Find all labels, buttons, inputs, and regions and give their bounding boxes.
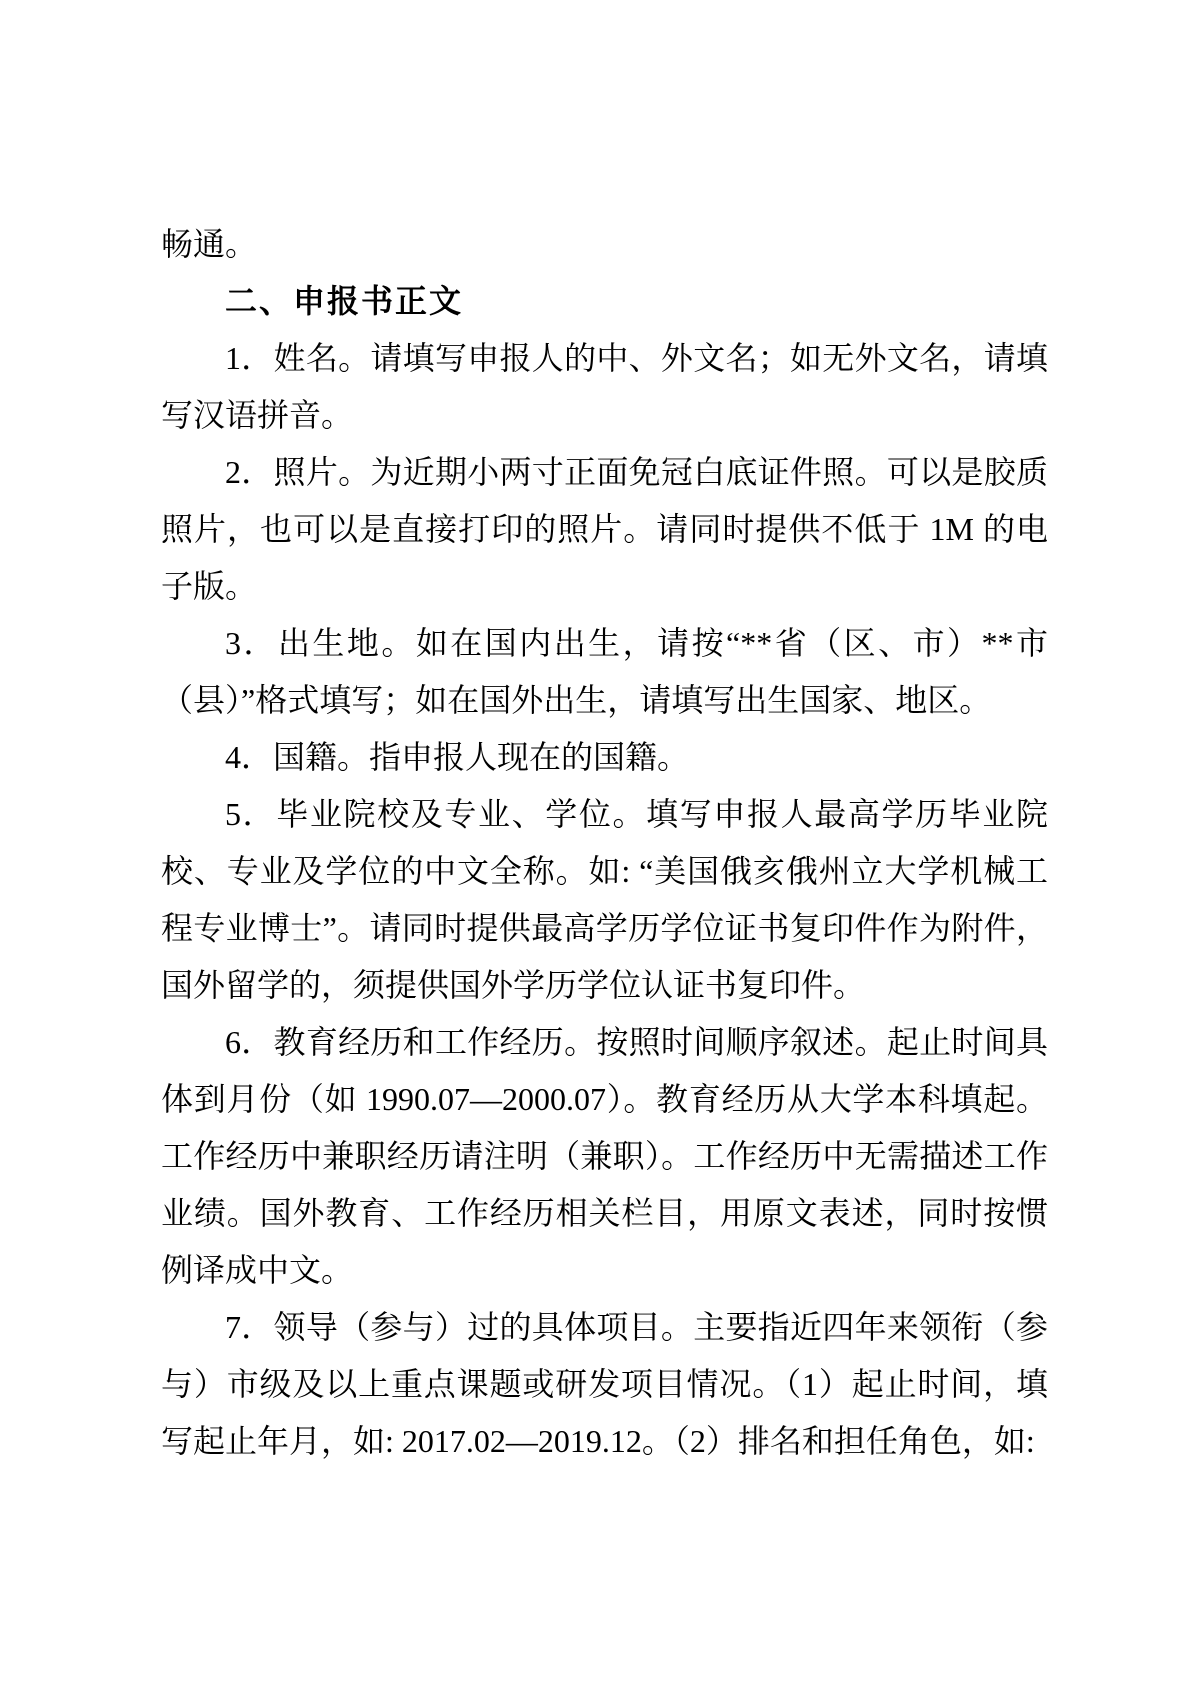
paragraph-item-2-photo: 2．照片。为近期小两寸正面免冠白底证件照。可以是胶质照片，也可以是直接打印的照片… (161, 444, 1048, 615)
paragraph-item-7-projects: 7．领导（参与）过的具体项目。主要指近四年来领衔（参与）市级及以上重点课题或研发… (161, 1299, 1048, 1470)
paragraph-item-1-name: 1．姓名。请填写申报人的中、外文名；如无外文名，请填写汉语拼音。 (161, 330, 1048, 444)
paragraph-item-4-nationality: 4．国籍。指申报人现在的国籍。 (161, 729, 1048, 786)
paragraph-continuation: 畅通。 (161, 216, 1048, 273)
paragraph-item-6-experience: 6．教育经历和工作经历。按照时间顺序叙述。起止时间具体到月份（如 1990.07… (161, 1014, 1048, 1299)
document-page: 畅通。 二、申报书正文 1．姓名。请填写申报人的中、外文名；如无外文名，请填写汉… (0, 0, 1191, 1684)
document-body: 畅通。 二、申报书正文 1．姓名。请填写申报人的中、外文名；如无外文名，请填写汉… (161, 216, 1048, 1470)
paragraph-item-3-birthplace: 3．出生地。如在国内出生，请按“**省（区、市）**市（县）”格式填写；如在国外… (161, 615, 1048, 729)
section-heading: 二、申报书正文 (161, 273, 1048, 330)
paragraph-item-5-education-school: 5．毕业院校及专业、学位。填写申报人最高学历毕业院校、专业及学位的中文全称。如:… (161, 786, 1048, 1014)
